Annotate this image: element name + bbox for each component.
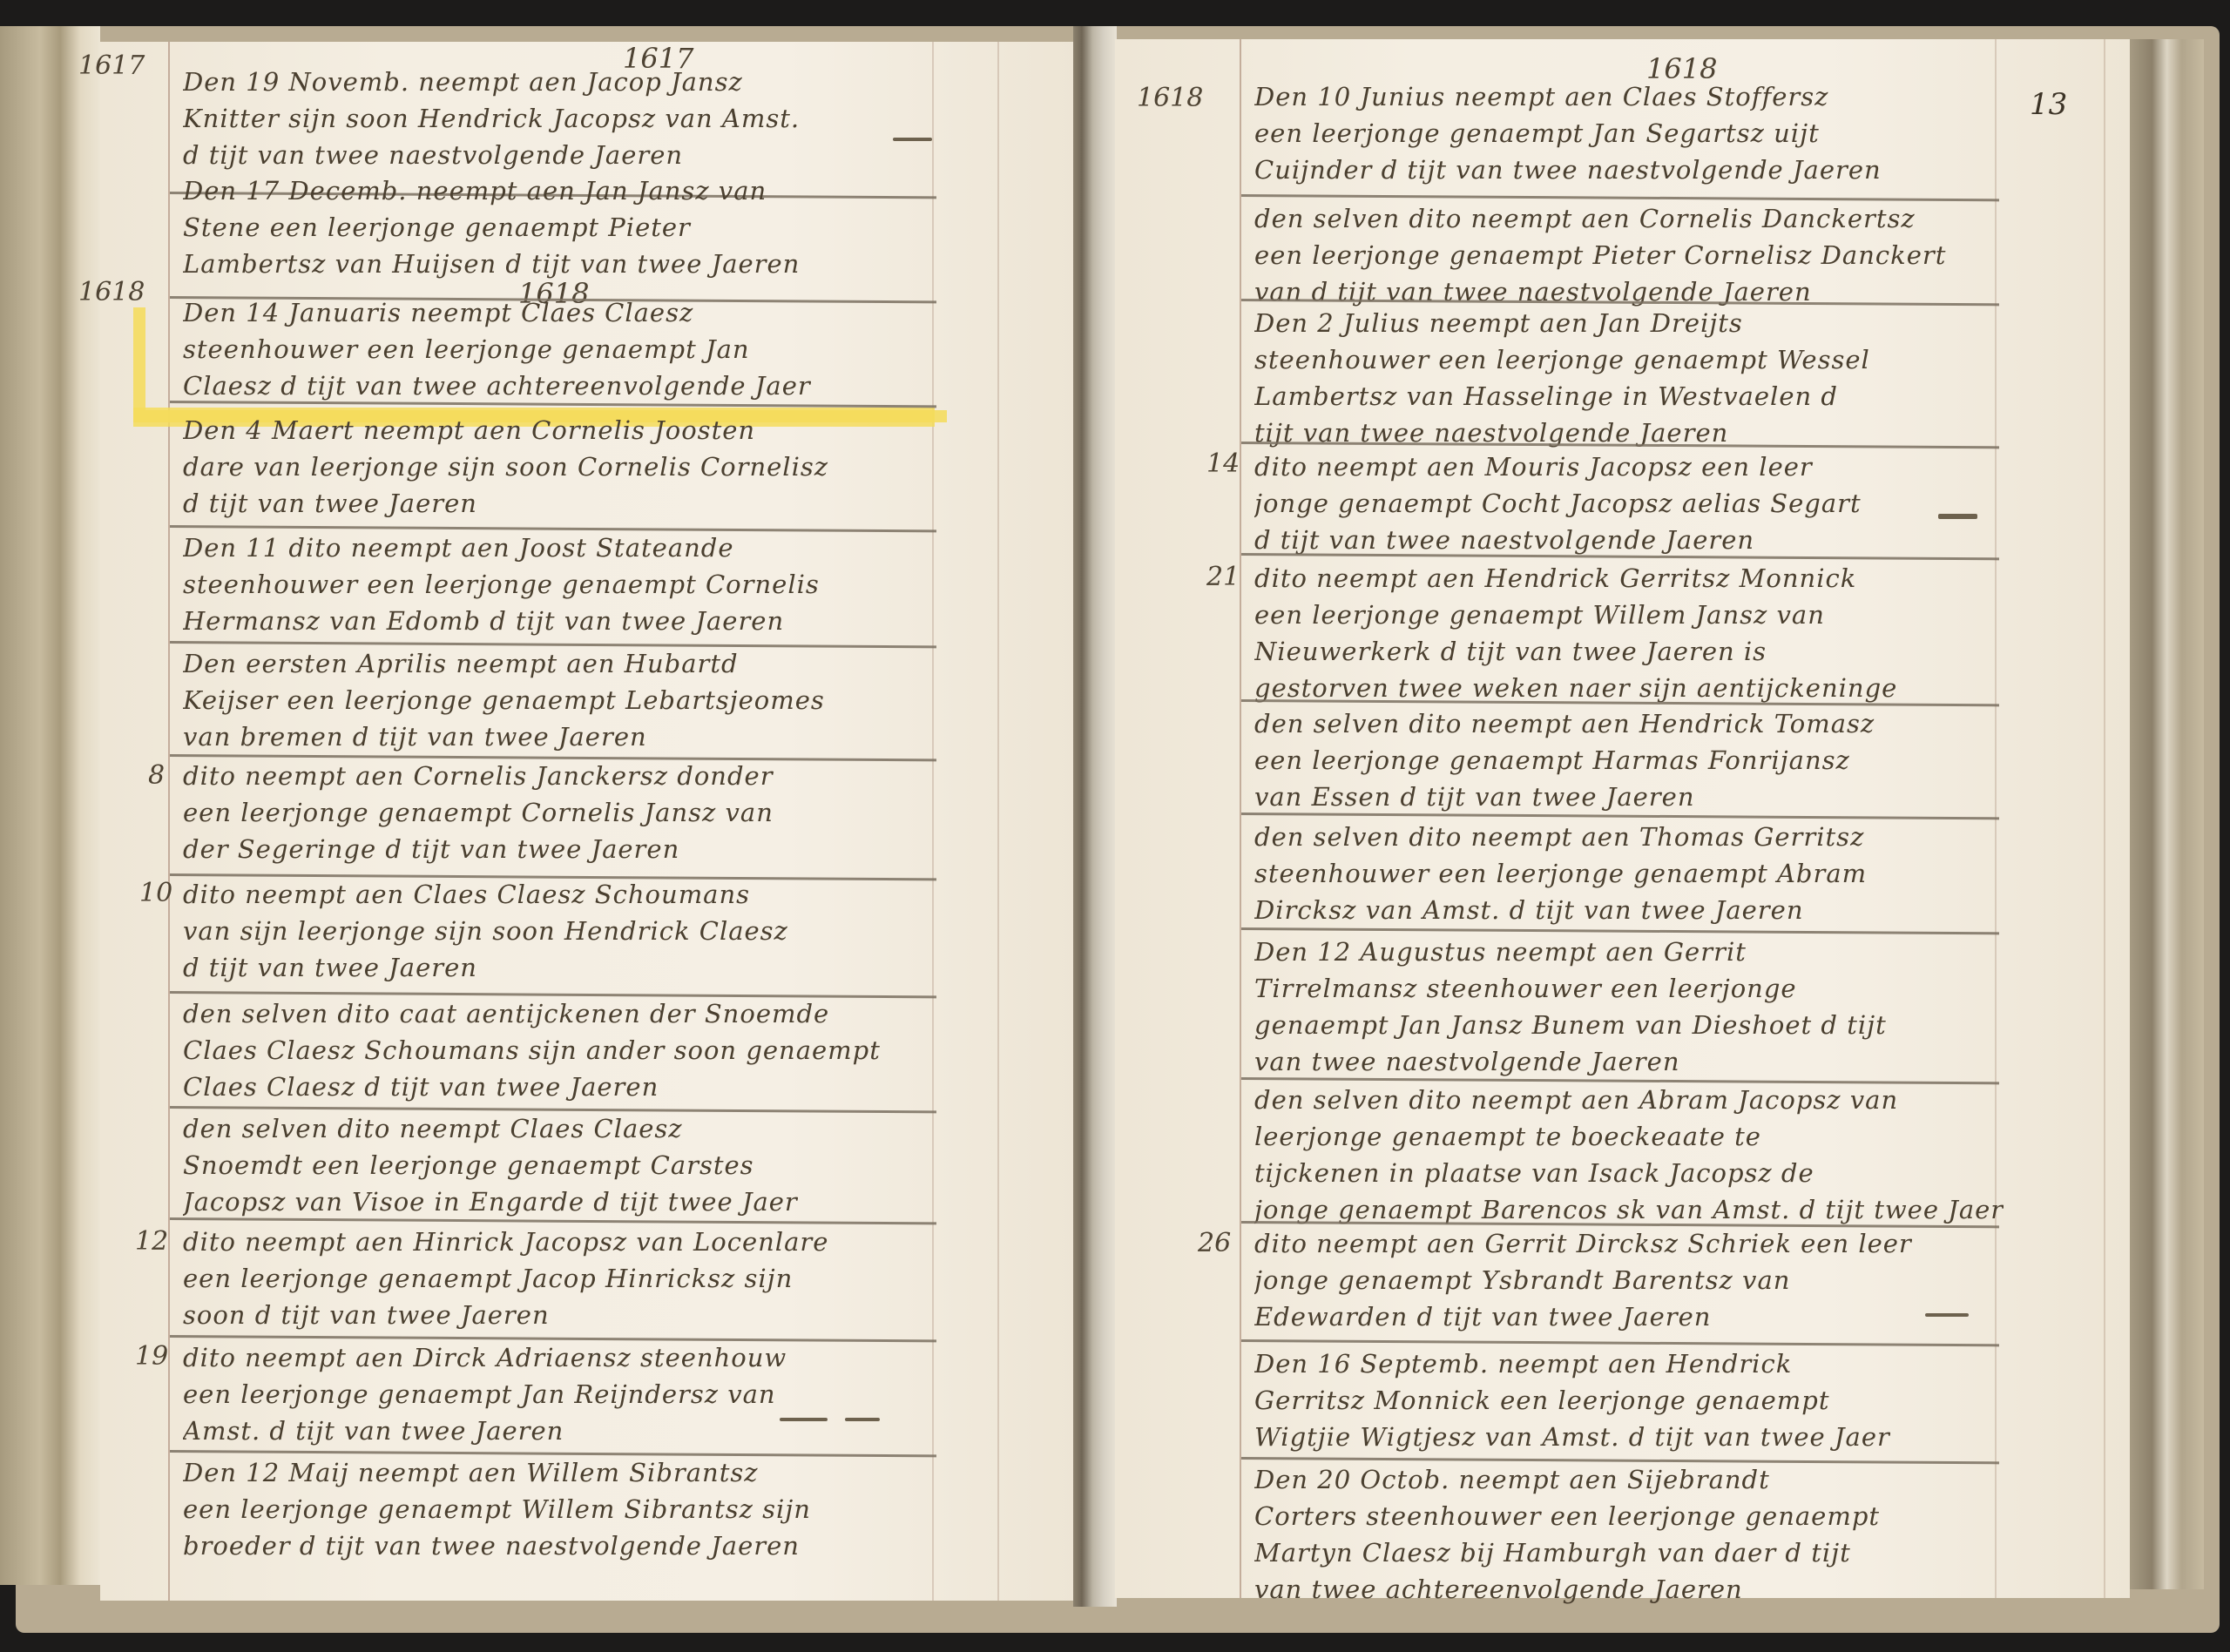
entry-line: Den eersten Aprilis neempt aen Hubartd bbox=[183, 645, 825, 682]
register-entry: dito neempt aen Claes Claesz Schoumans v… bbox=[183, 876, 788, 986]
entry-line: jonge genaempt Cocht Jacopsz aelias Sega… bbox=[1254, 485, 1862, 522]
register-entry: dito neempt aen Mouris Jacopsz een leer … bbox=[1254, 448, 1862, 558]
entry-line: Gerritsz Monnick een leerjonge genaempt bbox=[1254, 1382, 1890, 1419]
entry-line: Claes Claesz d tijt van twee Jaeren bbox=[183, 1069, 881, 1105]
entry-line: Hermansz van Edomb d tijt van twee Jaere… bbox=[183, 603, 820, 639]
register-entry: den selven dito caat aentijckenen der Sn… bbox=[183, 995, 881, 1105]
entry-line: d tijt van twee naestvolgende Jaeren bbox=[1254, 522, 1862, 558]
entry-line: den selven dito neempt Claes Claesz bbox=[183, 1110, 798, 1147]
entry-line: Den 16 Septemb. neempt aen Hendrick bbox=[1254, 1345, 1890, 1382]
entry-line: Den 14 Januaris neempt Claes Claesz bbox=[183, 294, 811, 331]
flourish-dash bbox=[1938, 514, 1977, 519]
register-entry: Den 19 Novemb. neempt aen Jacop Jansz Kn… bbox=[183, 64, 800, 173]
entry-line: een leerjonge genaempt Willem Jansz van bbox=[1254, 597, 1897, 633]
entry-line: steenhouwer een leerjonge genaempt Jan bbox=[183, 331, 811, 367]
outer-rule bbox=[997, 42, 999, 1601]
entry-line: den selven dito neempt aen Hendrick Toma… bbox=[1254, 705, 1875, 742]
entry-line: der Segeringe d tijt van twee Jaeren bbox=[183, 831, 774, 867]
flourish-dash bbox=[893, 138, 932, 141]
left-page-stack-edge bbox=[0, 26, 100, 1585]
register-entry: den selven dito neempt aen Hendrick Toma… bbox=[1254, 705, 1875, 815]
margin-day: 10 bbox=[139, 878, 172, 908]
entry-line: Den 11 dito neempt aen Joost Stateande bbox=[183, 529, 820, 566]
register-entry: dito neempt aen Cornelis Janckersz donde… bbox=[183, 758, 774, 867]
register-entry: Den 12 Augustus neempt aen Gerrit Tirrel… bbox=[1254, 934, 1887, 1080]
right-page: 1618 1618 13 Den 10 Junius neempt aen Cl… bbox=[1115, 39, 2130, 1598]
register-entry: Den 20 Octob. neempt aen Sijebrandt Cort… bbox=[1254, 1461, 1880, 1608]
book-gutter bbox=[1073, 26, 1117, 1607]
margin-day: 14 bbox=[1206, 448, 1240, 479]
entry-line: dito neempt aen Claes Claesz Schoumans bbox=[183, 876, 788, 913]
register-entry: dito neempt aen Hinrick Jacopsz van Loce… bbox=[183, 1224, 828, 1333]
margin-day: 8 bbox=[148, 760, 165, 791]
entry-line: van twee achtereenvolgende Jaeren bbox=[1254, 1571, 1880, 1608]
margin-day: 21 bbox=[1206, 562, 1240, 592]
entry-line: den selven dito neempt aen Abram Jacopsz… bbox=[1254, 1082, 2004, 1118]
margin-year-1617: 1617 bbox=[78, 51, 145, 81]
entry-line: Stene een leerjonge genaempt Pieter bbox=[183, 209, 800, 246]
entry-line: dito neempt aen Hinrick Jacopsz van Loce… bbox=[183, 1224, 828, 1260]
entry-line: Den 20 Octob. neempt aen Sijebrandt bbox=[1254, 1461, 1880, 1498]
entry-line: Edewarden d tijt van twee Jaeren bbox=[1254, 1298, 1912, 1335]
entry-line: dito neempt aen Gerrit Dircksz Schriek e… bbox=[1254, 1225, 1912, 1262]
entry-line: Jacopsz van Visoe in Engarde d tijt twee… bbox=[183, 1183, 798, 1220]
entry-line: Den 19 Novemb. neempt aen Jacop Jansz bbox=[183, 64, 800, 100]
entry-line: Amst. d tijt van twee Jaeren bbox=[183, 1413, 787, 1449]
register-entry: Den 17 Decemb. neempt aen Jan Jansz van … bbox=[183, 172, 800, 282]
right-margin-rule bbox=[932, 42, 934, 1601]
entry-line: Corters steenhouwer een leerjonge genaem… bbox=[1254, 1498, 1880, 1534]
entry-line: steenhouwer een leerjonge genaempt Corne… bbox=[183, 566, 820, 603]
register-entry: Den 16 Septemb. neempt aen Hendrick Gerr… bbox=[1254, 1345, 1890, 1455]
entry-line: een leerjonge genaempt Cornelis Jansz va… bbox=[183, 794, 774, 831]
register-entry: Den 2 Julius neempt aen Jan Dreijts stee… bbox=[1254, 305, 1870, 451]
margin-day: 12 bbox=[135, 1226, 168, 1257]
entry-line: Snoemdt een leerjonge genaempt Carstes bbox=[183, 1147, 798, 1183]
entry-line: Martyn Claesz bij Hamburgh van daer d ti… bbox=[1254, 1534, 1880, 1571]
entry-line: Den 12 Augustus neempt aen Gerrit bbox=[1254, 934, 1887, 970]
entry-line: een leerjonge genaempt Pieter Cornelisz … bbox=[1254, 237, 1946, 273]
entry-line: d tijt van twee Jaeren bbox=[183, 949, 788, 986]
entry-line: genaempt Jan Jansz Bunem van Dieshoet d … bbox=[1254, 1007, 1887, 1043]
entry-line: steenhouwer een leerjonge genaempt Abram bbox=[1254, 855, 1867, 892]
entry-line: leerjonge genaempt te boeckeaate te bbox=[1254, 1118, 2004, 1155]
entry-line: den selven dito neempt aen Thomas Gerrit… bbox=[1254, 819, 1867, 855]
entry-line: Keijser een leerjonge genaempt Lebartsje… bbox=[183, 682, 825, 718]
entry-line: d tijt van twee naestvolgende Jaeren bbox=[183, 137, 800, 173]
register-entry: Den 11 dito neempt aen Joost Stateande s… bbox=[183, 529, 820, 639]
entry-line: steenhouwer een leerjonge genaempt Wesse… bbox=[1254, 341, 1870, 378]
entry-line: broeder d tijt van twee naestvolgende Ja… bbox=[183, 1527, 811, 1564]
entry-line: Nieuwerkerk d tijt van twee Jaeren is bbox=[1254, 633, 1897, 670]
entry-line: dito neempt aen Hendrick Gerritsz Monnic… bbox=[1254, 560, 1897, 597]
entry-line: Tirrelmansz steenhouwer een leerjonge bbox=[1254, 970, 1887, 1007]
entry-line: d tijt van twee Jaeren bbox=[183, 485, 828, 522]
entry-line: een leerjonge genaempt Willem Sibrantsz … bbox=[183, 1491, 811, 1527]
register-entry-highlighted: Den 14 Januaris neempt Claes Claesz stee… bbox=[183, 294, 811, 404]
entry-line: van bremen d tijt van twee Jaeren bbox=[183, 718, 825, 755]
margin-year-1618: 1618 bbox=[1137, 83, 1203, 113]
entry-line: Den 10 Junius neempt aen Claes Stoffersz bbox=[1254, 78, 1882, 115]
entry-line: dare van leerjonge sijn soon Cornelis Co… bbox=[183, 448, 828, 485]
margin-day: 19 bbox=[135, 1341, 168, 1372]
outer-rule bbox=[2104, 39, 2105, 1598]
page-number: 13 bbox=[2030, 87, 2067, 122]
entry-line: van sijn leerjonge sijn soon Hendrick Cl… bbox=[183, 913, 788, 949]
register-entry: Den eersten Aprilis neempt aen Hubartd K… bbox=[183, 645, 825, 755]
register-entry: den selven dito neempt aen Abram Jacopsz… bbox=[1254, 1082, 2004, 1228]
entry-line: Dircksz van Amst. d tijt van twee Jaeren bbox=[1254, 892, 1867, 928]
entry-line: dito neempt aen Cornelis Janckersz donde… bbox=[183, 758, 774, 794]
margin-rule bbox=[1240, 39, 1241, 1598]
register-entry: den selven dito neempt aen Thomas Gerrit… bbox=[1254, 819, 1867, 928]
entry-line: den selven dito neempt aen Cornelis Danc… bbox=[1254, 200, 1946, 237]
entry-line: Cuijnder d tijt van twee naestvolgende J… bbox=[1254, 152, 1882, 188]
entry-line: Den 4 Maert neempt aen Cornelis Joosten bbox=[183, 412, 828, 448]
entry-line: Claesz d tijt van twee achtereenvolgende… bbox=[183, 367, 811, 404]
register-entry: Den 10 Junius neempt aen Claes Stoffersz… bbox=[1254, 78, 1882, 188]
entry-line: Den 2 Julius neempt aen Jan Dreijts bbox=[1254, 305, 1870, 341]
margin-year-1618: 1618 bbox=[78, 277, 145, 307]
entry-line: een leerjonge genaempt Harmas Fonrijansz bbox=[1254, 742, 1875, 779]
entry-line: een leerjonge genaempt Jan Reijndersz va… bbox=[183, 1376, 787, 1413]
flourish-dash bbox=[845, 1418, 880, 1421]
flourish-dash bbox=[1925, 1313, 1969, 1317]
register-entry: den selven dito neempt aen Cornelis Danc… bbox=[1254, 200, 1946, 310]
entry-line: een leerjonge genaempt Jan Segartsz uijt bbox=[1254, 115, 1882, 152]
entry-line: van twee naestvolgende Jaeren bbox=[1254, 1043, 1887, 1080]
entry-line: den selven dito caat aentijckenen der Sn… bbox=[183, 995, 881, 1032]
register-entry: dito neempt aen Gerrit Dircksz Schriek e… bbox=[1254, 1225, 1912, 1335]
entry-line: Knitter sijn soon Hendrick Jacopsz van A… bbox=[183, 100, 800, 137]
entry-line: Lambertsz van Hasselinge in Westvaelen d bbox=[1254, 378, 1870, 415]
register-entry: den selven dito neempt Claes Claesz Snoe… bbox=[183, 1110, 798, 1220]
entry-line: een leerjonge genaempt Jacop Hinricksz s… bbox=[183, 1260, 828, 1297]
register-entry: dito neempt aen Dirck Adriaensz steenhou… bbox=[183, 1339, 787, 1449]
entry-line: tijckenen in plaatse van Isack Jacopsz d… bbox=[1254, 1155, 2004, 1191]
entry-line: dito neempt aen Mouris Jacopsz een leer bbox=[1254, 448, 1862, 485]
entry-line: soon d tijt van twee Jaeren bbox=[183, 1297, 828, 1333]
entry-line: Wigtjie Wigtjesz van Amst. d tijt van tw… bbox=[1254, 1419, 1890, 1455]
register-entry: Den 4 Maert neempt aen Cornelis Joosten … bbox=[183, 412, 828, 522]
flourish-dash bbox=[780, 1418, 828, 1421]
entry-line: van Essen d tijt van twee Jaeren bbox=[1254, 779, 1875, 815]
entry-line: Den 12 Maij neempt aen Willem Sibrantsz bbox=[183, 1454, 811, 1491]
left-page: 1617 1617 1618 1618 Den 19 Novemb. neemp… bbox=[100, 42, 1076, 1601]
entry-line: dito neempt aen Dirck Adriaensz steenhou… bbox=[183, 1339, 787, 1376]
register-entry: Den 12 Maij neempt aen Willem Sibrantsz … bbox=[183, 1454, 811, 1564]
entry-line: Claes Claesz Schoumans sijn ander soon g… bbox=[183, 1032, 881, 1069]
right-page-stack-edge bbox=[2130, 39, 2204, 1589]
register-entry: dito neempt aen Hendrick Gerritsz Monnic… bbox=[1254, 560, 1897, 706]
entry-line: Den 17 Decemb. neempt aen Jan Jansz van bbox=[183, 172, 800, 209]
margin-rule bbox=[168, 42, 170, 1601]
margin-day: 26 bbox=[1198, 1228, 1231, 1258]
entry-line: Lambertsz van Huijsen d tijt van twee Ja… bbox=[183, 246, 800, 282]
entry-line: jonge genaempt Ysbrandt Barentsz van bbox=[1254, 1262, 1912, 1298]
